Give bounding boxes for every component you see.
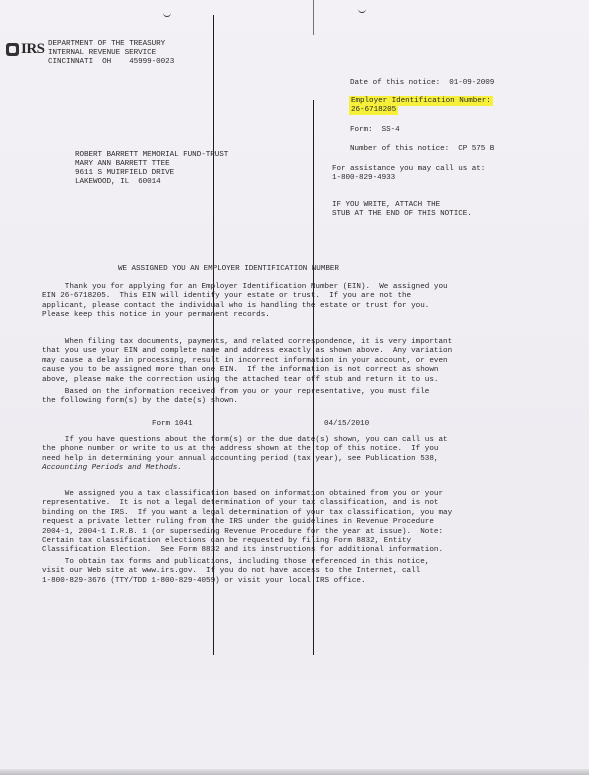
paragraph-thank-you: Thank you for applying for an Employer I… [42,283,524,321]
recipient-line: LAKEWOOD, IL 60014 [75,178,161,187]
paragraph-forms-due: Based on the information received from y… [42,388,524,407]
form-value: SS-4 [382,126,400,134]
notice-number: Number of this notice: CP 575 B [332,136,494,164]
notice-date-value: 01-09-2009 [449,79,494,87]
assistance-label: For assistance you may call us at: [332,165,485,174]
form-label: Form: [350,126,373,134]
staple-mark [358,8,366,13]
publication-title-text: Accounting Periods and Methods. [42,464,182,472]
notice-number-value: CP 575 B [458,145,494,153]
irs-wordmark: IRS [21,41,45,58]
eagle-seal-icon [6,43,19,56]
scanned-document-page: IRS DEPARTMENT OF THE TREASURY INTERNAL … [0,0,589,775]
notice-heading: WE ASSIGNED YOU AN EMPLOYER IDENTIFICATI… [118,265,339,274]
agency-line: DEPARTMENT OF THE TREASURY [48,40,165,49]
due-form-name: Form 1041 [152,420,193,429]
agency-line: CINCINNATI OH 45999-0023 [48,58,174,67]
notice-number-label: Number of this notice: [350,145,449,153]
paragraph-tax-forms: To obtain tax forms and publications, in… [42,558,524,586]
assistance-phone: 1-800-829-4933 [332,174,395,183]
write-instructions: STUB AT THE END OF THIS NOTICE. [332,210,472,219]
paragraph-questions: If you have questions about the form(s) … [42,436,524,464]
recipient-line: 9611 S MUIRFIELD DRIVE [75,169,174,178]
paragraph-classification: We assigned you a tax classification bas… [42,490,524,556]
write-instructions: IF YOU WRITE, ATTACH THE [332,201,440,210]
recipient-line: ROBERT BARRETT MEMORIAL FUND-TRUST [75,151,228,160]
publication-title: Accounting Periods and Methods. [42,464,182,473]
ein-value: 26-6718205 [349,105,398,115]
staple-mark [163,12,171,17]
notice-date-label: Date of this notice: [350,79,440,87]
due-form-date: 04/15/2010 [324,420,369,429]
fold-line-right [313,0,314,35]
irs-logo: IRS [6,41,45,58]
agency-line: INTERNAL REVENUE SERVICE [48,49,156,58]
recipient-line: MARY ANN BARRETT TTEE [75,160,170,169]
page-bottom-edge [0,769,589,775]
paragraph-filing: When filing tax documents, payments, and… [42,338,524,385]
